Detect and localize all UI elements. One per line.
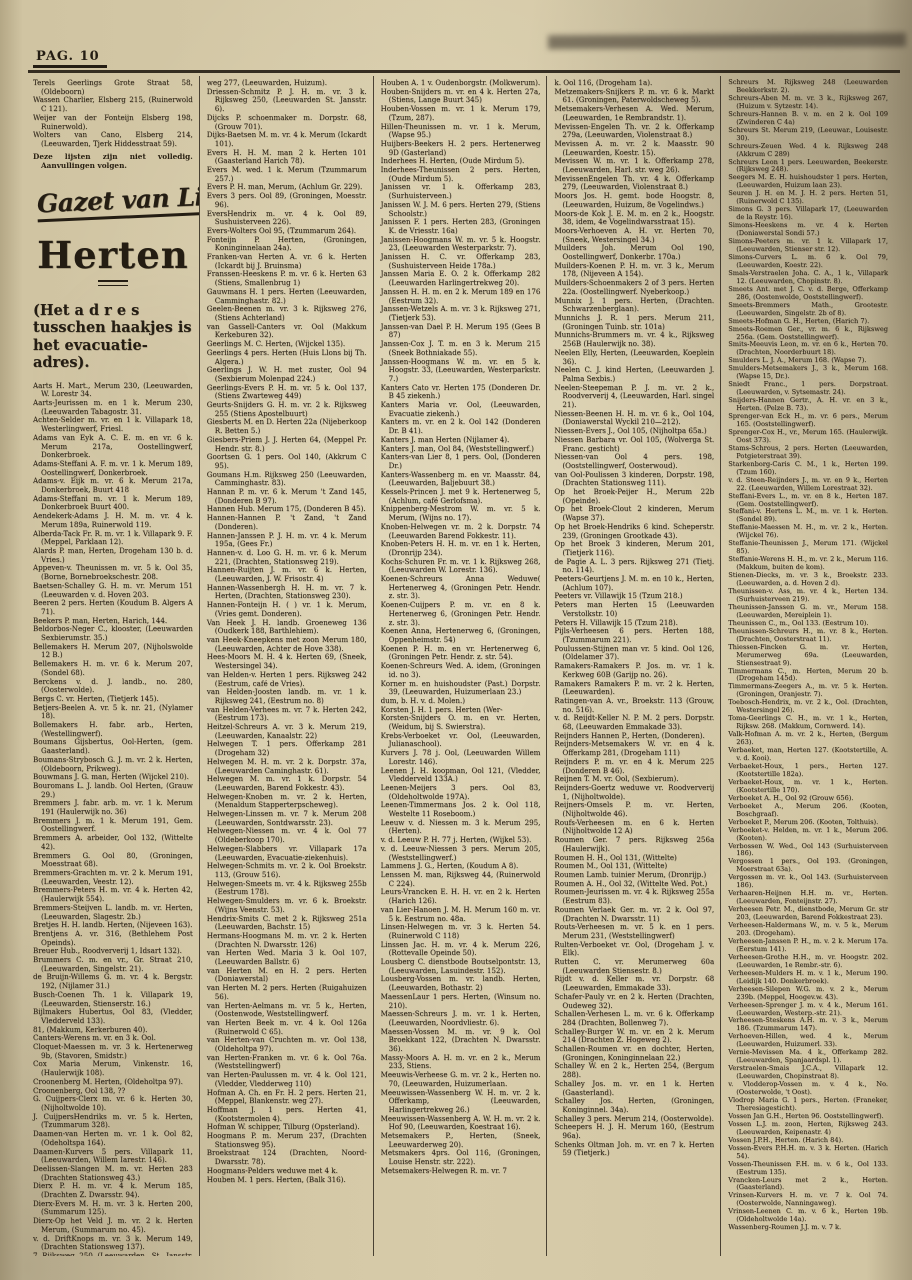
header-rule bbox=[28, 70, 900, 73]
list-item: Simons-Peeters m. vr. 1 k. Villapark 17,… bbox=[728, 238, 888, 254]
list-item: Vergossen m. vr. k., Ool 143. (Surhuiste… bbox=[728, 874, 888, 890]
list-item: Helwegen-Slabbers vr. Villapark 17a (Lee… bbox=[207, 845, 367, 862]
list-item: Dijcks P. schoenmaker m. Dorpstr. 68, (G… bbox=[207, 114, 367, 131]
list-item: Steffani-v. Hertens L. M., m. vr. 1 k. H… bbox=[728, 508, 888, 524]
list-item: EversHendrix m. vr. 4 k. Ool 89, Sushuis… bbox=[207, 210, 367, 227]
list-item: Verboeket-v. Helden, m. vr. 1 k., Merum … bbox=[728, 827, 888, 843]
newspaper-page: PAG. 10 Terels Geerlings Grote Straat 58… bbox=[0, 0, 912, 1280]
list-item: Verheesen-Silepen W.G. m. v. 2 k., Merum… bbox=[728, 986, 888, 1002]
list-item: Wassen Charlier, Elsberg 215, (Ruinerwol… bbox=[33, 96, 193, 113]
address-list-1: Aarts H. Mart., Merum 230, (Leeuwarden, … bbox=[33, 382, 193, 1256]
page-number: PAG. 10 bbox=[36, 49, 100, 64]
list-item: Hannen-v. d. Loo G. H. m. vr. 6 k. Merum… bbox=[207, 549, 367, 566]
list-item: Boumans-Strybosch G. J. m. vr. 2 k. Hert… bbox=[33, 756, 193, 773]
list-item: Linsen-Helwegen m. vr. 3 k. Herten 54. (… bbox=[381, 923, 541, 940]
list-item: Schreurs M. Rijksweg 248 (Leeuwarden Bee… bbox=[728, 79, 888, 95]
list-item: Lousberg-Vossen m. vr. landb. Herten, (L… bbox=[381, 975, 541, 992]
list-item: Pijls-Verheesen 6 pers. Herten 188, (Tzu… bbox=[554, 627, 714, 644]
list-item: van Helden-Verhees m. vr. 7 k. Herten 24… bbox=[207, 706, 367, 723]
list-item: Meeuwissen-Wassenberg A. W. H. m. vr. 2 … bbox=[381, 1115, 541, 1132]
list-item: Broekstraat 124 (Drachten, Noord-Dwarsst… bbox=[207, 1149, 367, 1166]
list-item: Muilders-Schoenmakers 2 of 3 pers. Herte… bbox=[554, 279, 714, 296]
list-item: van Helden-Joosten landb. m. vr. 1 k. Ri… bbox=[207, 688, 367, 705]
list-item: Koenen-Cuijpers P. m. vr. en 8 k. Herten… bbox=[381, 601, 541, 627]
list-item: Helwegen-Niessen m. vr. 4 k. Ool 77 (Old… bbox=[207, 827, 367, 844]
list-item: Hannen-Fonteijn H. ( ) vr. 1 k. Merum, (… bbox=[207, 601, 367, 618]
list-item: Ratingen-van A. vr., Broekstr. 113 (Grou… bbox=[554, 697, 714, 714]
list-item: Meeuwissen-Wassenberg W. H. m. vr. 2 k. … bbox=[381, 1089, 541, 1115]
list-item: Bollemakers H. fabr. arb., Herten, (West… bbox=[33, 721, 193, 738]
list-item: Geelen-Beenen m. vr. 3 k. Rijksweg 276, … bbox=[207, 305, 367, 322]
list-item: Bouromans L. J. landb. Ool Herten, (Grau… bbox=[33, 782, 193, 799]
list-item: Janssen-van Dael P. H. Merum 195 (Gees B… bbox=[381, 323, 541, 340]
list-item: Geerlings 4 pers. Herten (Huis Llons bij… bbox=[207, 349, 367, 366]
list-item: Kessels-Princen J. met 9 k. Hertenerweg … bbox=[381, 488, 541, 505]
list-item: Reijners-Omsels P. m. vr. Herten, (Nijho… bbox=[554, 801, 714, 818]
list-item: Timmermans C., m. Herten, Merum 20 b. (D… bbox=[728, 668, 888, 684]
list-item: Simons-Heeskens m. vr. 4 k. Herten (Doni… bbox=[728, 222, 888, 238]
list-item: Kanters-Wassenberg m. en vr. Maasstr. 84… bbox=[381, 471, 541, 488]
list-item: Schreurs-Aben M. m. vr. 3 k., Rijksweg 2… bbox=[728, 95, 888, 111]
list-item: Verboeket A., Merum 206. (Kooten, Boschg… bbox=[728, 803, 888, 819]
list-item: Hermans-Hoogmans M. m. vr. 2 k. Herten (… bbox=[207, 932, 367, 949]
list-item: Steffanie-Maessen M. H., m. vr. 2 k., He… bbox=[728, 524, 888, 540]
list-item: Helwegen T. 1 pers. Offerkamp 281 (Droge… bbox=[207, 740, 367, 757]
list-item: Hoogmans P. m. Merum 237, (Drachten Stat… bbox=[207, 1132, 367, 1149]
list-item: Fonteijn P. Herten, (Groningen, Koningin… bbox=[207, 236, 367, 253]
list-item: Hendrix-Smits C. met 2 k. Rijksweg 251a … bbox=[207, 915, 367, 932]
list-item: Leenen-Meijers 3 pers. Ool 83, (Oldeholt… bbox=[381, 784, 541, 801]
list-item: 7 Rijksweg 250 (Leeuwarden, St. Jansstr.… bbox=[33, 1252, 193, 1256]
list-item: Verheesen-Grothe H.H., m. vr. Hoogstr. 2… bbox=[728, 954, 888, 970]
list-item: Houben-Snijders m. vr. en 4 k. Herten 27… bbox=[381, 88, 541, 105]
list-item: van Gassell-Canters vr. Ool (Makkum Kerk… bbox=[207, 323, 367, 340]
list-item: Geerlings J. W. H. met zuster, Ool 94 (S… bbox=[207, 366, 367, 383]
list-item: Vossen-Evers P.H.H. m. v. 3 k. Herten. (… bbox=[728, 1145, 888, 1161]
list-item: van Herten-van Cruchten m. vr. Ool 138, … bbox=[207, 1036, 367, 1053]
list-item: Rijdt v. d. Keller m. vr. Dorpstr. 68 (L… bbox=[554, 975, 714, 992]
list-item: Appeven-v. Theunissen m. vr. 5 k. Ool 35… bbox=[33, 564, 193, 581]
list-item: MevissenEngelen Th. vr. 4 k. Offerkamp 2… bbox=[554, 175, 714, 192]
list-item: Schreurs Leon 1 pers. Leeuwarden, Beeker… bbox=[728, 159, 888, 175]
list-item: Huijbers-Beekers H. 2 pers. Hertenerweg … bbox=[381, 140, 541, 157]
list-item: Baetsen-Schalley G. H. m. vr. Merum 151 … bbox=[33, 582, 193, 599]
list-item: Franssen-Heeskens P. m. vr. 6 k. Herten … bbox=[207, 270, 367, 287]
list-item: Vrinsen-Leenen C. m. v. 6 k., Herten 19b… bbox=[728, 1208, 888, 1224]
list-item: G. Cuijpers-Clerx m. vr. 6 k. Herten 30,… bbox=[33, 1095, 193, 1112]
list-item: Janissen H. C. vr. Offerkamp 283, (Sushu… bbox=[381, 253, 541, 270]
list-item: Busch-Coenen Th. 1 k. Villapark 19, (Lee… bbox=[33, 991, 193, 1008]
list-item: Janssen Maria E. O. 2 k. Offerkamp 282 (… bbox=[381, 270, 541, 287]
column-5: Schreurs M. Rijksweg 248 (Leeuwarden Bee… bbox=[720, 76, 894, 1256]
list-item: Schreurs-Hannen B. v. m. en 2 k. Ool 109… bbox=[728, 111, 888, 127]
list-item: Leeuw v. d. Niessen m. 3 k. Merum 295, (… bbox=[381, 819, 541, 836]
list-item: van Ool-Poulissen 3 kinderen, Dorpstr. 1… bbox=[554, 471, 714, 488]
list-item: v. d. Reijdt-Keller N. P. M. 2 pers. Dor… bbox=[554, 714, 714, 731]
list-item: Geerlings-Evers P. H. m. vr. 5 k. Ool 13… bbox=[207, 384, 367, 401]
list-item: Vossen-Theunissen F.H. m. v. 6 k., Ool 1… bbox=[728, 1161, 888, 1177]
list-item: Munnichs-Brummers m. vr. 4 k., Rijksweg … bbox=[554, 331, 714, 348]
list-item: Op het Broek-Peijer H., Merum 22b (Opein… bbox=[554, 488, 714, 505]
list-item: Alberda-Tack Fr. R. m. vr. 1 k. Villapar… bbox=[33, 530, 193, 547]
list-item: Munnix J. 1 pers. Herten, (Drachten. Sch… bbox=[554, 297, 714, 314]
list-item: Brentjens A. vr. 316, (Bethlehem Post Op… bbox=[33, 930, 193, 947]
list-item: Cox Maria Merum, Vinkenstr. 16, (Haulerw… bbox=[33, 1060, 193, 1077]
list-item: Helwegen M. H. m. vr. 2 k. Dorpstr. 37a,… bbox=[207, 758, 367, 775]
list-item: Op het Broek-Clout 2 kinderen, Merum (Wa… bbox=[554, 505, 714, 522]
column-4: k. Ool 116, (Drogeham 1a).Metzemakers-Sn… bbox=[546, 76, 720, 1256]
list-item: Bremmers-Peters H. m. vr. 4 k. Herten 42… bbox=[33, 886, 193, 903]
column-layout: Terels Geerlings Grote Straat 58, (Oldeb… bbox=[26, 76, 894, 1256]
list-item: van Lier-Hanoen J. M. H. Merum 160 m. vr… bbox=[381, 906, 541, 923]
list-item: Mevissen A. m. vr. 2 k. Maasstr. 90 (Lee… bbox=[554, 140, 714, 157]
column-1: Terels Geerlings Grote Straat 58, (Oldeb… bbox=[26, 76, 199, 1256]
list-item: Neelen Elly, Herten, (Leeuwarden, Koeple… bbox=[554, 349, 714, 366]
list-item: Vlodrop Maria G. 1 pers., Herten. (Frane… bbox=[728, 1097, 888, 1113]
list-item: Sprenger-Cox H., vr., Merum 165. (Hauler… bbox=[728, 429, 888, 445]
legend-note: (Het a d r e s tusschen haakjes is het e… bbox=[33, 302, 193, 372]
list-item: Dierx-Op het Veld J. m. vr. 2 k. Herten … bbox=[33, 1217, 193, 1234]
list-item: Schreurs St. Merum 219, (Leeuwar., Louis… bbox=[728, 127, 888, 143]
list-item: van Heek-Kneepkens met zoon Merum 180, (… bbox=[207, 636, 367, 653]
list-item: Verhaaren-Heijnen H.H. m. vr., Herten. (… bbox=[728, 890, 888, 906]
list-item: Metzemakers-Snijkers P. m. vr. 6 k. Mark… bbox=[554, 88, 714, 105]
list-item: de Bruijn-Willems G. m. vr. 4 k. Bergstr… bbox=[33, 973, 193, 990]
list-item: Verhoeven-Hillen, wed. 4 k., Merum (Leeu… bbox=[728, 1033, 888, 1049]
list-item: Helwegen-Knoben m. vr. 2 k. Herten, (Men… bbox=[207, 793, 367, 810]
list-item: Schalley W. en 2 k., Herten 254, (Bergum… bbox=[554, 1062, 714, 1079]
list-item: Beeren 2 pers. Herten (Koudum B. Algers … bbox=[33, 599, 193, 616]
list-item: Muilders Joh. Merum Ool 190, Oostellingw… bbox=[554, 244, 714, 261]
list-item: Heitzel-Schreurs A. vr. 3 k. Merum 219, … bbox=[207, 723, 367, 740]
list-item: Franken-van Herten A. vr. 6 k. Herten (I… bbox=[207, 253, 367, 270]
list-item: Seegers M. E. H. huishoudster 1 pers. He… bbox=[728, 174, 888, 190]
list-item: Adams-Steffani A. F. m. vr. 1 k. Merum 1… bbox=[33, 460, 193, 477]
list-item: v. d. Steen-Reijnders J., m. vr. en 9 k.… bbox=[728, 477, 888, 493]
list-item: Beldorbos-Neger C., klooster, (Leeuwarde… bbox=[33, 625, 193, 642]
list-item: Dierx P. H. m. vr. 4 k. Merum 185, (Drac… bbox=[33, 1182, 193, 1199]
list-item: Adams van Eyk A. C. E. m. en vr. 6 k. Me… bbox=[33, 434, 193, 460]
list-item: v. d. DriftKnops m. vr. 3 k. Merum 149, … bbox=[33, 1235, 193, 1252]
list-item: Munnichs J. R. 1 pers. Merum 211, (Groni… bbox=[554, 314, 714, 331]
list-item: Helwegen-Schmits m. vr. 2 k. Ool Broekst… bbox=[207, 862, 367, 879]
pre-list: Terels Geerlings Grote Straat 58, (Oldeb… bbox=[33, 79, 193, 149]
address-list-3: Houben A. 1 v. Oudenborgstr. (Molkwerum)… bbox=[381, 79, 541, 1176]
list-item: Stams-Schrous, 2 pers. Herten (Leeuwarde… bbox=[728, 445, 888, 461]
list-item: Berckens v. d. J. landb., no. 280, (Oost… bbox=[33, 678, 193, 695]
list-item: Hees-Moors M. H. 4 k. Herten 69, (Sneek,… bbox=[207, 653, 367, 670]
address-list-4: k. Ool 116, (Drogeham 1a).Metzemakers-Sn… bbox=[554, 79, 714, 1158]
list-item: Bremmers G. Ool 80, (Groningen, Moesstra… bbox=[33, 852, 193, 869]
list-item: MaessenLaur 1 pers. Herten, (Winsum no. … bbox=[381, 993, 541, 1010]
list-item: Stienen-Diecks, m. vr. 3 k., Broekstr. 2… bbox=[728, 572, 888, 588]
list-item: Janssen-Wetzels A. m. vr. 3 k. Rijksweg … bbox=[381, 305, 541, 322]
list-item: Gauwmans H. 1 pers. Herten (Leeuwarden, … bbox=[207, 288, 367, 305]
list-item: Moors Jos. H. gemt. bode Hoogstr. 8, (Le… bbox=[554, 192, 714, 209]
list-item: Verheesen-Janssen P. H., m. v. 2 k. Meru… bbox=[728, 938, 888, 954]
list-item: van Herten-Aelmans m. vr. 5 k., Herten, … bbox=[207, 1002, 367, 1019]
list-item: Niessen Barbara vr. Ool 105, (Wolverga S… bbox=[554, 436, 714, 453]
list-item: Dijks-Baetsen M. m. vr. 4 k. Merum (Icka… bbox=[207, 131, 367, 148]
list-item: Lenssen M. man, Rijksweg 44, (Ruinerwold… bbox=[381, 871, 541, 888]
list-item: Mevissen W. m. vr. 1 k. Offerkamp 278, (… bbox=[554, 157, 714, 174]
list-item: Aarts-Jeurissen m. en 1 k. Merum 230, (L… bbox=[33, 399, 193, 416]
list-item: Niessen-Beenen H. H. m. vr. 6 k., Ool 10… bbox=[554, 410, 714, 427]
list-item: Verbossen W. Wed., Ool 143 (Surhuisterve… bbox=[728, 843, 888, 859]
list-item: Verbaeket, man, Herten 127. (Kootstertil… bbox=[728, 747, 888, 763]
list-item: Theunissen-Janssen G. m. vr., Merum 158.… bbox=[728, 604, 888, 620]
list-item: van Herten-Franken m. vr. 6 k. Ool 76a. … bbox=[207, 1054, 367, 1071]
list-item: Driessen-Schmitz P. J. H. m. vr. 3 k. Ri… bbox=[207, 88, 367, 114]
list-item: Vergossen 1 pers., Ool 193. (Groningen, … bbox=[728, 858, 888, 874]
list-item: Op het Broek-Hendriks 6 kind. Scheperstr… bbox=[554, 523, 714, 540]
list-item: Smeets-Bremmers Math., Grootestr. (Leeuw… bbox=[728, 302, 888, 318]
list-item: Reijnders P. m. vr. en 4 k. Merum 225 (D… bbox=[554, 758, 714, 775]
list-item: Bijlmakers Hubertus, Ool 83, (Vledder, V… bbox=[33, 1008, 193, 1025]
list-item: Steffanie-Werens H. H., m. vr. 2 k., Mer… bbox=[728, 556, 888, 572]
list-item: Reijnders-Metsemakers W. vr. en 4 k. Off… bbox=[554, 740, 714, 757]
list-item: Smals-Verstraelen Joha. C. A., 1 k., Vil… bbox=[728, 270, 888, 286]
address-list-2: weg 277, (Leeuwarden, Huizum).Driessen-S… bbox=[207, 79, 367, 1184]
list-item: Reijnders-Goertz weduwe vr. Roodververij… bbox=[554, 784, 714, 801]
list-item: Achten-Selder m. vr. en 1 k. Villapark 1… bbox=[33, 416, 193, 433]
list-item: Mevissen-Engelen Th. vr. 2 k. Offerkamp … bbox=[554, 123, 714, 140]
list-item: Metsemakers P., Herten, (Sneek, Leeuward… bbox=[381, 1132, 541, 1149]
masthead-logo: Gazet van Limburg bbox=[36, 182, 191, 222]
list-item: Verheesen-Steskens A.H. m. v. 3 k., Meru… bbox=[728, 1017, 888, 1033]
list-item: Niessen-van Ool 4 pers. 198, (Ooststelli… bbox=[554, 453, 714, 470]
list-item: van Herten M. en H. 2 pers. Herten (Doni… bbox=[207, 967, 367, 984]
page-number-rule bbox=[33, 65, 107, 68]
list-item: Houben M. 1 pers. Herten, (Balk 316). bbox=[207, 1176, 367, 1185]
list-item: Inderhees-Theunissen 2 pers. Herten, (Ou… bbox=[381, 166, 541, 183]
list-item: Schallen-Roumen vr. en dochter, Herten, … bbox=[554, 1045, 714, 1062]
list-item: Giesberts M. en D. Herten 22a (Nijeberko… bbox=[207, 418, 367, 435]
list-item: Bremmers J. fabr. arb. m. vr. 1 k. Merum… bbox=[33, 799, 193, 816]
list-item: Vrancken-Leurs met 2 k., Herten. (Gaaste… bbox=[728, 1177, 888, 1193]
list-item: Wassenberg-Roumen J.J. m. v. 7 k. bbox=[728, 1224, 888, 1232]
list-item: Smeets Ant. met J. C. v. d. Berge, Offer… bbox=[728, 286, 888, 302]
list-item: Daamen-Kurvers 5 pers. Villapark 11, (Le… bbox=[33, 1148, 193, 1165]
list-item: Verstraelen-Smais J.C.A., Villapark 12. … bbox=[728, 1065, 888, 1081]
list-item: Massy-Moors A. H. m. vr. en 2 k., Merum … bbox=[381, 1054, 541, 1071]
address-list-5: Schreurs M. Rijksweg 248 (Leeuwarden Bee… bbox=[728, 79, 888, 1232]
list-item: Verheesen Petr. M., dienstbode, Merum Gr… bbox=[728, 906, 888, 922]
list-item: Hillen-Theunissen m. vr. 1 k. Merum, (Wa… bbox=[381, 123, 541, 140]
list-item: Knoben-Peters H. H. m. vr. en 1 k. Herte… bbox=[381, 540, 541, 557]
list-item: Neelen C. J. kind Herten, (Leeuwarden J.… bbox=[554, 366, 714, 383]
masthead-text: Gazet van Limburg bbox=[36, 178, 198, 222]
list-item: Evers M. wed. 1 k. Merum (Tzummarum 257.… bbox=[207, 166, 367, 183]
list-item: Bellemakers H. m. vr. 6 k. Merum 207, (S… bbox=[33, 660, 193, 677]
list-item: Korner m. en huishoudster (Past.) Dorpst… bbox=[381, 680, 541, 697]
list-item: Metsmakers 4prs. Ool 116, (Groningen, Lo… bbox=[381, 1149, 541, 1166]
list-item: Janissen W. J. M. 6 pers. Herten 279, (S… bbox=[381, 201, 541, 218]
list-item: Kanters-van Lier 8, 1 pers. Ool, (Donder… bbox=[381, 453, 541, 470]
list-item: Schafer-Pauly vr. en 2 k. Herten (Dracht… bbox=[554, 993, 714, 1010]
list-item: Theunissen-Schreurs H., m. vr. 8 k., Her… bbox=[728, 628, 888, 644]
list-item: Koenen Anna, Hertenerweg 6, (Groningen, … bbox=[381, 627, 541, 644]
list-item: van Helden-v. Herten 1 pers. Rijksweg 24… bbox=[207, 671, 367, 688]
list-item: Adams-v. Eijk m. vr. 6 k. Merum 217a, Do… bbox=[33, 477, 193, 494]
list-item: Roumen Verlaek Ger. m. vr. 2 k. Ool 97, … bbox=[554, 906, 714, 923]
list-item: Janssen-Cox J. T. m. en 3 k. Merum 215 (… bbox=[381, 340, 541, 357]
list-item: Roumen Ger. 7 pers. Rijksweg 256a (Haule… bbox=[554, 836, 714, 853]
list-item: Sprenger-van Eck H., m. vr. 6 pers., Mer… bbox=[728, 413, 888, 429]
list-item: Koenen-Schreurs Anna Weduwe( Hertenerweg… bbox=[381, 575, 541, 601]
list-item: Daamen-van Herten m. vr. 1 k. Ool 82, (O… bbox=[33, 1130, 193, 1147]
list-item: Roufs-Verheesen m. en 6 k. Herten (Nijho… bbox=[554, 819, 714, 836]
list-item: Snijders-Hannen Gertr., A. H. vr. en 3 k… bbox=[728, 397, 888, 413]
list-item: Helwegen M. m. vr. 1 k. Dorpstr. 54 (Lee… bbox=[207, 775, 367, 792]
list-item: J. CuijpersHendriks m. vr. 5 k. Herten, … bbox=[33, 1113, 193, 1130]
list-item: Schalley Jos. m. vr. en 1 k. Herten (Gaa… bbox=[554, 1080, 714, 1097]
list-item: Maessen-Schreurs J. m. vr. 1 k. Herten, … bbox=[381, 1010, 541, 1027]
column-3: Houben A. 1 v. Oudenborgstr. (Molkwerum)… bbox=[373, 76, 547, 1256]
list-item: Bremmers A. arbeider, Ool 132, (Wittelte… bbox=[33, 834, 193, 851]
list-item: Timmermans-Zeegers A., m. vr. 5 k. Herte… bbox=[728, 683, 888, 699]
list-item: Metsemakers-Verhesen A. Wed. Merum, (Lee… bbox=[554, 105, 714, 122]
list-item: Korsten-Snijders O. m. en vr. Herten, (W… bbox=[381, 714, 541, 731]
list-item: Alards P. man, Herten, Drogeham 130 b. d… bbox=[33, 547, 193, 564]
list-item: Ramakers Ramakers P. m. vr. 2 k. Herten,… bbox=[554, 680, 714, 697]
list-item: Hofman A. Ch. en Fr. H. 2 pers. Herten 2… bbox=[207, 1089, 367, 1106]
list-item: Kanters Maria vr. Ool, (Leeuwarden, Evac… bbox=[381, 401, 541, 418]
list-item: Roumen-Jeurissen m. vr. 4 k. Rijksweg 25… bbox=[554, 888, 714, 905]
list-item: Helwegen-Smeets m. vr. 4 k. Rijksweg 255… bbox=[207, 880, 367, 897]
scan-artifact bbox=[548, 33, 906, 49]
list-item: Moors-Verhoeven A. H. vr. Herten 70, (Sn… bbox=[554, 227, 714, 244]
list-item: Kurvers J. 78 j. Ool, (Leeuwarden Willem… bbox=[381, 749, 541, 766]
list-item: Kanters m. vr. en 2 k. Ool 142 (Donderen… bbox=[381, 418, 541, 435]
list-item: Verbaeket-Houx, m. vr. 1 k., Herten. (Ko… bbox=[728, 779, 888, 795]
list-item: Scheepers H. J. H. Merum 160, (Eestrum 9… bbox=[554, 1123, 714, 1140]
list-item: Maessen-Vossen M. m. vr. 9 k. Ool Broekk… bbox=[381, 1028, 541, 1054]
list-item: Lousberg C. dienstbode Boutselpontstr. 1… bbox=[381, 958, 541, 975]
list-item: Op het Broek 3 kinderen, Merum 201, (Tie… bbox=[554, 540, 714, 557]
list-item: Janissen F. 1 pers. Herten 283, (Groning… bbox=[381, 218, 541, 235]
list-item: Schenks Oltman Joh. m. vr. en 7 k. Herte… bbox=[554, 1141, 714, 1158]
list-notice: Deze lijsten zijn niet volledig. Aanvull… bbox=[33, 152, 193, 170]
list-item: Knoben-Helwegen vr. m. 2 k. Dorpstr. 74 … bbox=[381, 523, 541, 540]
list-item: Brummers C. m. en vr., Gr. Straat 210, (… bbox=[33, 956, 193, 973]
list-item: Verheesen-Haldermans W., m. v. 5 k., Mer… bbox=[728, 922, 888, 938]
heading-underline bbox=[98, 280, 128, 286]
list-item: van Herten Wed. Maria 3 k. Ool 107, (Lee… bbox=[207, 949, 367, 966]
list-item: Betjers-Beelen A. vr. 5 k. nr. 21, (Nyla… bbox=[33, 704, 193, 721]
list-item: Leenen J. H. koopman, Ool 121, (Vledder,… bbox=[381, 767, 541, 784]
list-item: Janissen-Hoogmans W. m. vr. 5 k. Hoogstr… bbox=[381, 236, 541, 253]
list-item: Steffanie-Theunissen J., Merum 171. (Wij… bbox=[728, 540, 888, 556]
list-item: Simons G. 3 pers. Villapark 17, (Leeuwar… bbox=[728, 206, 888, 222]
list-item: Houben-Vossen m. vr. 1 k. Merum 179, (Tz… bbox=[381, 105, 541, 122]
list-item: Steffani-Evers L., m. vr. en 8 k., Herte… bbox=[728, 493, 888, 509]
list-item: Metsemakers-Helwegen R. m. vr. 7 bbox=[381, 1167, 541, 1176]
list-item: Vossen L.J. m. zoon, Herten, Rijksweg 24… bbox=[728, 1121, 888, 1137]
list-item: Helwegen-Linssen m. vr. 7 k. Merum 208 (… bbox=[207, 810, 367, 827]
list-item: van Herten M. 2 pers. Herten (Ruigahuize… bbox=[207, 984, 367, 1001]
list-item: Starkenborg-Caris C. M., 1 k., Herten 19… bbox=[728, 461, 888, 477]
list-item: Evers H. H. M. man 2 k. Herten 101 (Gaas… bbox=[207, 149, 367, 166]
list-item: Schreurs-Zeuen Wed. 4 k. Rijksweg 248 (A… bbox=[728, 143, 888, 159]
list-item: Moors-de Kok J. E. M. m. en 2 k., Hoogst… bbox=[554, 210, 714, 227]
list-item: Peters man Herten 15 (Leeuwarden Verstol… bbox=[554, 601, 714, 618]
list-item: Toma-Geerlings C. H., m. vr. 1 k., Herte… bbox=[728, 715, 888, 731]
list-item: Boumans Gijsbertus, Ool-Herten, (gem. Ga… bbox=[33, 738, 193, 755]
list-item: Kanters Cato vr. Herten 175 (Donderen Dr… bbox=[381, 384, 541, 401]
list-item: Leurs-Vrancken E. H. H. vr. en 2 k. Hert… bbox=[381, 888, 541, 905]
list-item: Meeuwis-Verheese G. m. vr. 2 k., Herten … bbox=[381, 1071, 541, 1088]
list-item: Janssen H. H. m. en 2 k. Merum 189 en 17… bbox=[381, 288, 541, 305]
list-item: Theunissen-v. Ass, m. vr. 4 k., Herten 1… bbox=[728, 588, 888, 604]
list-item: Bremmers-Steijven L. landb. m. vr. Herte… bbox=[33, 904, 193, 921]
list-item: Hannan P. m. vr. 6 k. Merum 't Zand 145,… bbox=[207, 488, 367, 505]
list-item: Rutten C. vr. Merumerweg 60a (Leeuwarden… bbox=[554, 958, 714, 975]
list-item: Sniedt Franc., 1 pers. Dorpstraat. (Leeu… bbox=[728, 381, 888, 397]
list-item: Kochs-Schuren Fr. m. vr. 1 k. Rijksweg 2… bbox=[381, 558, 541, 575]
list-item: Weijer van der Fonteijn Elsberg 198, Rui… bbox=[33, 114, 193, 131]
list-item: Verheesen-Sprenger J. m. v. 4 k., Merum … bbox=[728, 1002, 888, 1018]
list-item: Muilders-Koenen P. H. m. vr. 3 k., Merum… bbox=[554, 262, 714, 279]
list-item: Hannen-Hannen P. 't Zand, 't Zand (Donde… bbox=[207, 514, 367, 531]
list-item: Linssen Jac. H. m. vr. 4 k. Merum 226, (… bbox=[381, 941, 541, 958]
list-item: Ramakers-Ramakers P. Jos. m. vr. 1 k. Ke… bbox=[554, 662, 714, 679]
list-item: Vrinsen-Kurvers H. m. vr. 7 k. Ool 74. (… bbox=[728, 1192, 888, 1208]
list-item: de Pagie A. L. 3 pers. Rijksweg 271 (Tie… bbox=[554, 558, 714, 575]
list-item: Wolters van Cano, Elsberg 214, (Leeuward… bbox=[33, 131, 193, 148]
list-item: Hannen-Ruijten J. m. vr. 6 k. Herten, (L… bbox=[207, 566, 367, 583]
list-item: Aarts H. Mart., Merum 230, (Leeuwarden, … bbox=[33, 382, 193, 399]
list-item: Simons-Curvers L. m. 6 k. Ool 79, (Leeuw… bbox=[728, 254, 888, 270]
list-item: Verbaeket-Houx, 1 pers., Herten 127. (Ko… bbox=[728, 763, 888, 779]
column-2: weg 277, (Leeuwarden, Huizum).Driessen-S… bbox=[199, 76, 373, 1256]
list-item: Bellemakers H. Merum 207, (Nijholswolde … bbox=[33, 643, 193, 660]
list-item: Goortsen G. 1 pers. Ool 140, (Akkrum C 9… bbox=[207, 453, 367, 470]
list-item: Janssen-Hoogmans W. m. vr. en 5 k. Hoogs… bbox=[381, 358, 541, 384]
list-item: Janissen vr. 1 k. Offerkamp 283, (Surhui… bbox=[381, 183, 541, 200]
list-item: van Herten-Paulussen m. vr. 4 k. Ool 121… bbox=[207, 1071, 367, 1088]
list-item: Goumans H.m. Rijksweg 250 (Leeuwarden, C… bbox=[207, 471, 367, 488]
list-item: v. d. Leeuw-Niessen 3 pers. Merum 205, (… bbox=[381, 845, 541, 862]
list-item: Schalley-Burger W. m. vr. en 2 k. Merum … bbox=[554, 1028, 714, 1045]
list-item: Seuren J. H. en M. J. H. 2 pers. Herten … bbox=[728, 190, 888, 206]
list-item: Smulders-Metsemakers J., 3 k., Merum 168… bbox=[728, 365, 888, 381]
list-item: Cloquet-Maessen m. vr. 3 k. Hertenerweg … bbox=[33, 1043, 193, 1060]
list-item: Koenen P. H. m. en vr. Hertenerweg 6, (G… bbox=[381, 645, 541, 662]
list-item: Schallen-Verhesen L. m. vr. 6 k. Offerka… bbox=[554, 1010, 714, 1027]
list-item: Deelissen-Slangen M. m. vr. Herten 283 (… bbox=[33, 1165, 193, 1182]
list-item: Smits-Meeuvis Leon, m. vr. en 6 k., Hert… bbox=[728, 341, 888, 357]
list-item: Helwegen-Smulders m. vr. 6 k. Broekstr. … bbox=[207, 897, 367, 914]
list-item: Knippenberg-Mestrom W. m. vr. 5 k. Merum… bbox=[381, 505, 541, 522]
list-item: Smeets-Roemen Ger., vr. m. 6 k., Rijkswe… bbox=[728, 326, 888, 342]
list-item: Bremmers-Grachten m. vr. 2 k. Merum 191,… bbox=[33, 869, 193, 886]
list-item: Koenen-Schreurs Wed. A. idem, (Groningen… bbox=[381, 662, 541, 679]
list-item: Adams-Steffani m. vr. 1 k. Merum 189, Do… bbox=[33, 495, 193, 512]
list-item: Neelen-Steepeman P. J. m. vr. 2 k., Rood… bbox=[554, 384, 714, 410]
list-item: Schalley Jos. Herten, (Groningen, Koning… bbox=[554, 1097, 714, 1114]
list-item: Thiessen-Fincken G. m. vr. Herten, Merum… bbox=[728, 644, 888, 668]
list-item: Van Heek J. H. landb. Groeneweg 136 (Oud… bbox=[207, 619, 367, 636]
list-item: Terels Geerlings Grote Straat 58, (Oldeb… bbox=[33, 79, 193, 96]
section-heading: Herten bbox=[33, 233, 193, 277]
list-item: Hannen-Janssen P. J. H. m. vr. 4 k. Meru… bbox=[207, 532, 367, 549]
list-item: Krebs-Verboeket vr. Ool, (Leeuwarden, Ju… bbox=[381, 732, 541, 749]
list-item: Peeters-Geurtjens J. M. m. en 10 k., Her… bbox=[554, 575, 714, 592]
list-item: Giesbers-Priem J. J. Herten 64, (Meppel … bbox=[207, 436, 367, 453]
list-item: Dierx-Evers M. H. m. vr. 3 k. Herten 200… bbox=[33, 1200, 193, 1217]
list-item: Verheesen-Mulders H. m. v. 1 k., Merum 1… bbox=[728, 970, 888, 986]
